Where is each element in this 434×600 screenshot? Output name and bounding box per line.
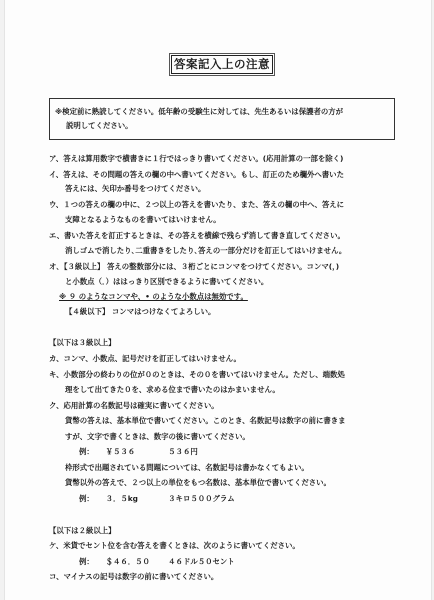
item-a: ア、答えは算用数字で横書きに１行ではっきり書いてください。(応用計算の一部を除く… bbox=[49, 154, 343, 164]
section-heading-grade3: 【以下は３級以上】 bbox=[49, 338, 116, 348]
item-o-warning: ※ ９ のようなコンマや、• のような小数点は無効です。 bbox=[59, 292, 248, 302]
item-e-cont: 消しゴムで消したり､二重書きをしたり､答えの一部分だけを訂正してはいけません。 bbox=[65, 246, 346, 256]
item-ku-line5: 貨幣以外の答えで、２つ以上の単位をもつ名数は、基本単位で書いてください。 bbox=[65, 478, 331, 488]
example-value: ３．５kg bbox=[106, 494, 166, 504]
page-title: 答案記入上の注意 bbox=[171, 55, 273, 74]
item-u: ウ、１つの答えの欄の中に、２つ以上の答えを書いたり、また、答えの欄の中へ、答えに bbox=[49, 200, 344, 210]
example-value: ５３６円 bbox=[168, 447, 198, 457]
item-i: イ、答えは、その問題の答えの欄の中へ書いてください。もし、訂正のため欄外へ書いた bbox=[49, 170, 344, 180]
example-label: 例： bbox=[79, 447, 103, 457]
item-o: オ､【３級以上】 答えの整数部分には、３桁ごとにコンマをつけてください。コンマ(… bbox=[49, 262, 339, 272]
example-label: 例： bbox=[79, 494, 103, 504]
item-ki-cont: 理をして出てきた０を、求める位まで書いたのはかまいません。 bbox=[65, 385, 280, 395]
example-label: 例： bbox=[79, 557, 103, 567]
item-ki: キ、小数部分の終わりの位が０のときは、その０を書いてはいけません。ただし、端数処 bbox=[49, 370, 345, 380]
item-o-grade4: 【４級以下】 コンマはつけなくてよろしい。 bbox=[65, 307, 215, 317]
item-o-cont: と小数点（．）ははっきり区別できるように書いてください。 bbox=[65, 277, 268, 287]
notice-box: ※検定前に熟読してください。低年齢の受験生に対しては、先生あるいは保護者の方が … bbox=[49, 98, 395, 140]
example-value: ３キロ５００グラム bbox=[168, 494, 234, 504]
item-e: エ、書いた答えを訂正するときは、その答えを横線で残らず消して書き直してください。 bbox=[49, 231, 345, 241]
example-dollars: 例： ＄４６．５０ ４６ドル５０セント bbox=[79, 557, 235, 567]
notice-line: 説明してください。 bbox=[55, 119, 394, 133]
item-ku-line2: 貨幣の答えは、基本単位で書いてください。このとき、名数記号は数字の前に書きま bbox=[65, 416, 346, 426]
section-heading-grade2: 【以下は２級以上】 bbox=[49, 526, 116, 536]
item-ku-line3: すが、文字で書くときは、数字の後に書いてください。 bbox=[65, 432, 250, 442]
item-i-cont: 答えには、矢印か番号をつけてください。 bbox=[65, 184, 205, 194]
notice-line: ※検定前に熟読してください。低年齢の受験生に対しては、先生あるいは保護者の方が bbox=[55, 105, 394, 119]
example-value: ￥５３６ bbox=[106, 447, 166, 457]
item-u-cont: 支障となるようなものを書いてはいけません。 bbox=[65, 215, 221, 225]
item-ku-line4: 枠形式で出題されている問題については、名数記号は書かなくてもよい。 bbox=[65, 463, 309, 473]
document-page: 答案記入上の注意 ※検定前に熟読してください。低年齢の受験生に対しては、先生ある… bbox=[4, 0, 432, 600]
item-ku: ク、応用計算の名数記号は確実に書いてください。 bbox=[49, 401, 219, 411]
example-value: ４６ドル５０セント bbox=[168, 557, 235, 567]
item-ke: ケ、米貨でセント位を含む答えを書くときは、次のように書いてください。 bbox=[49, 541, 300, 551]
example-value: ＄４６．５０ bbox=[106, 557, 166, 567]
example-currency: 例： ￥５３６ ５３６円 bbox=[79, 447, 198, 457]
example-units: 例： ３．５kg ３キロ５００グラム bbox=[79, 494, 235, 504]
item-ka: カ、コンマ、小数点、記号だけを訂正してはいけません。 bbox=[49, 354, 241, 364]
item-ko: コ、マイナスの記号は数字の前に書いてください。 bbox=[49, 572, 218, 582]
